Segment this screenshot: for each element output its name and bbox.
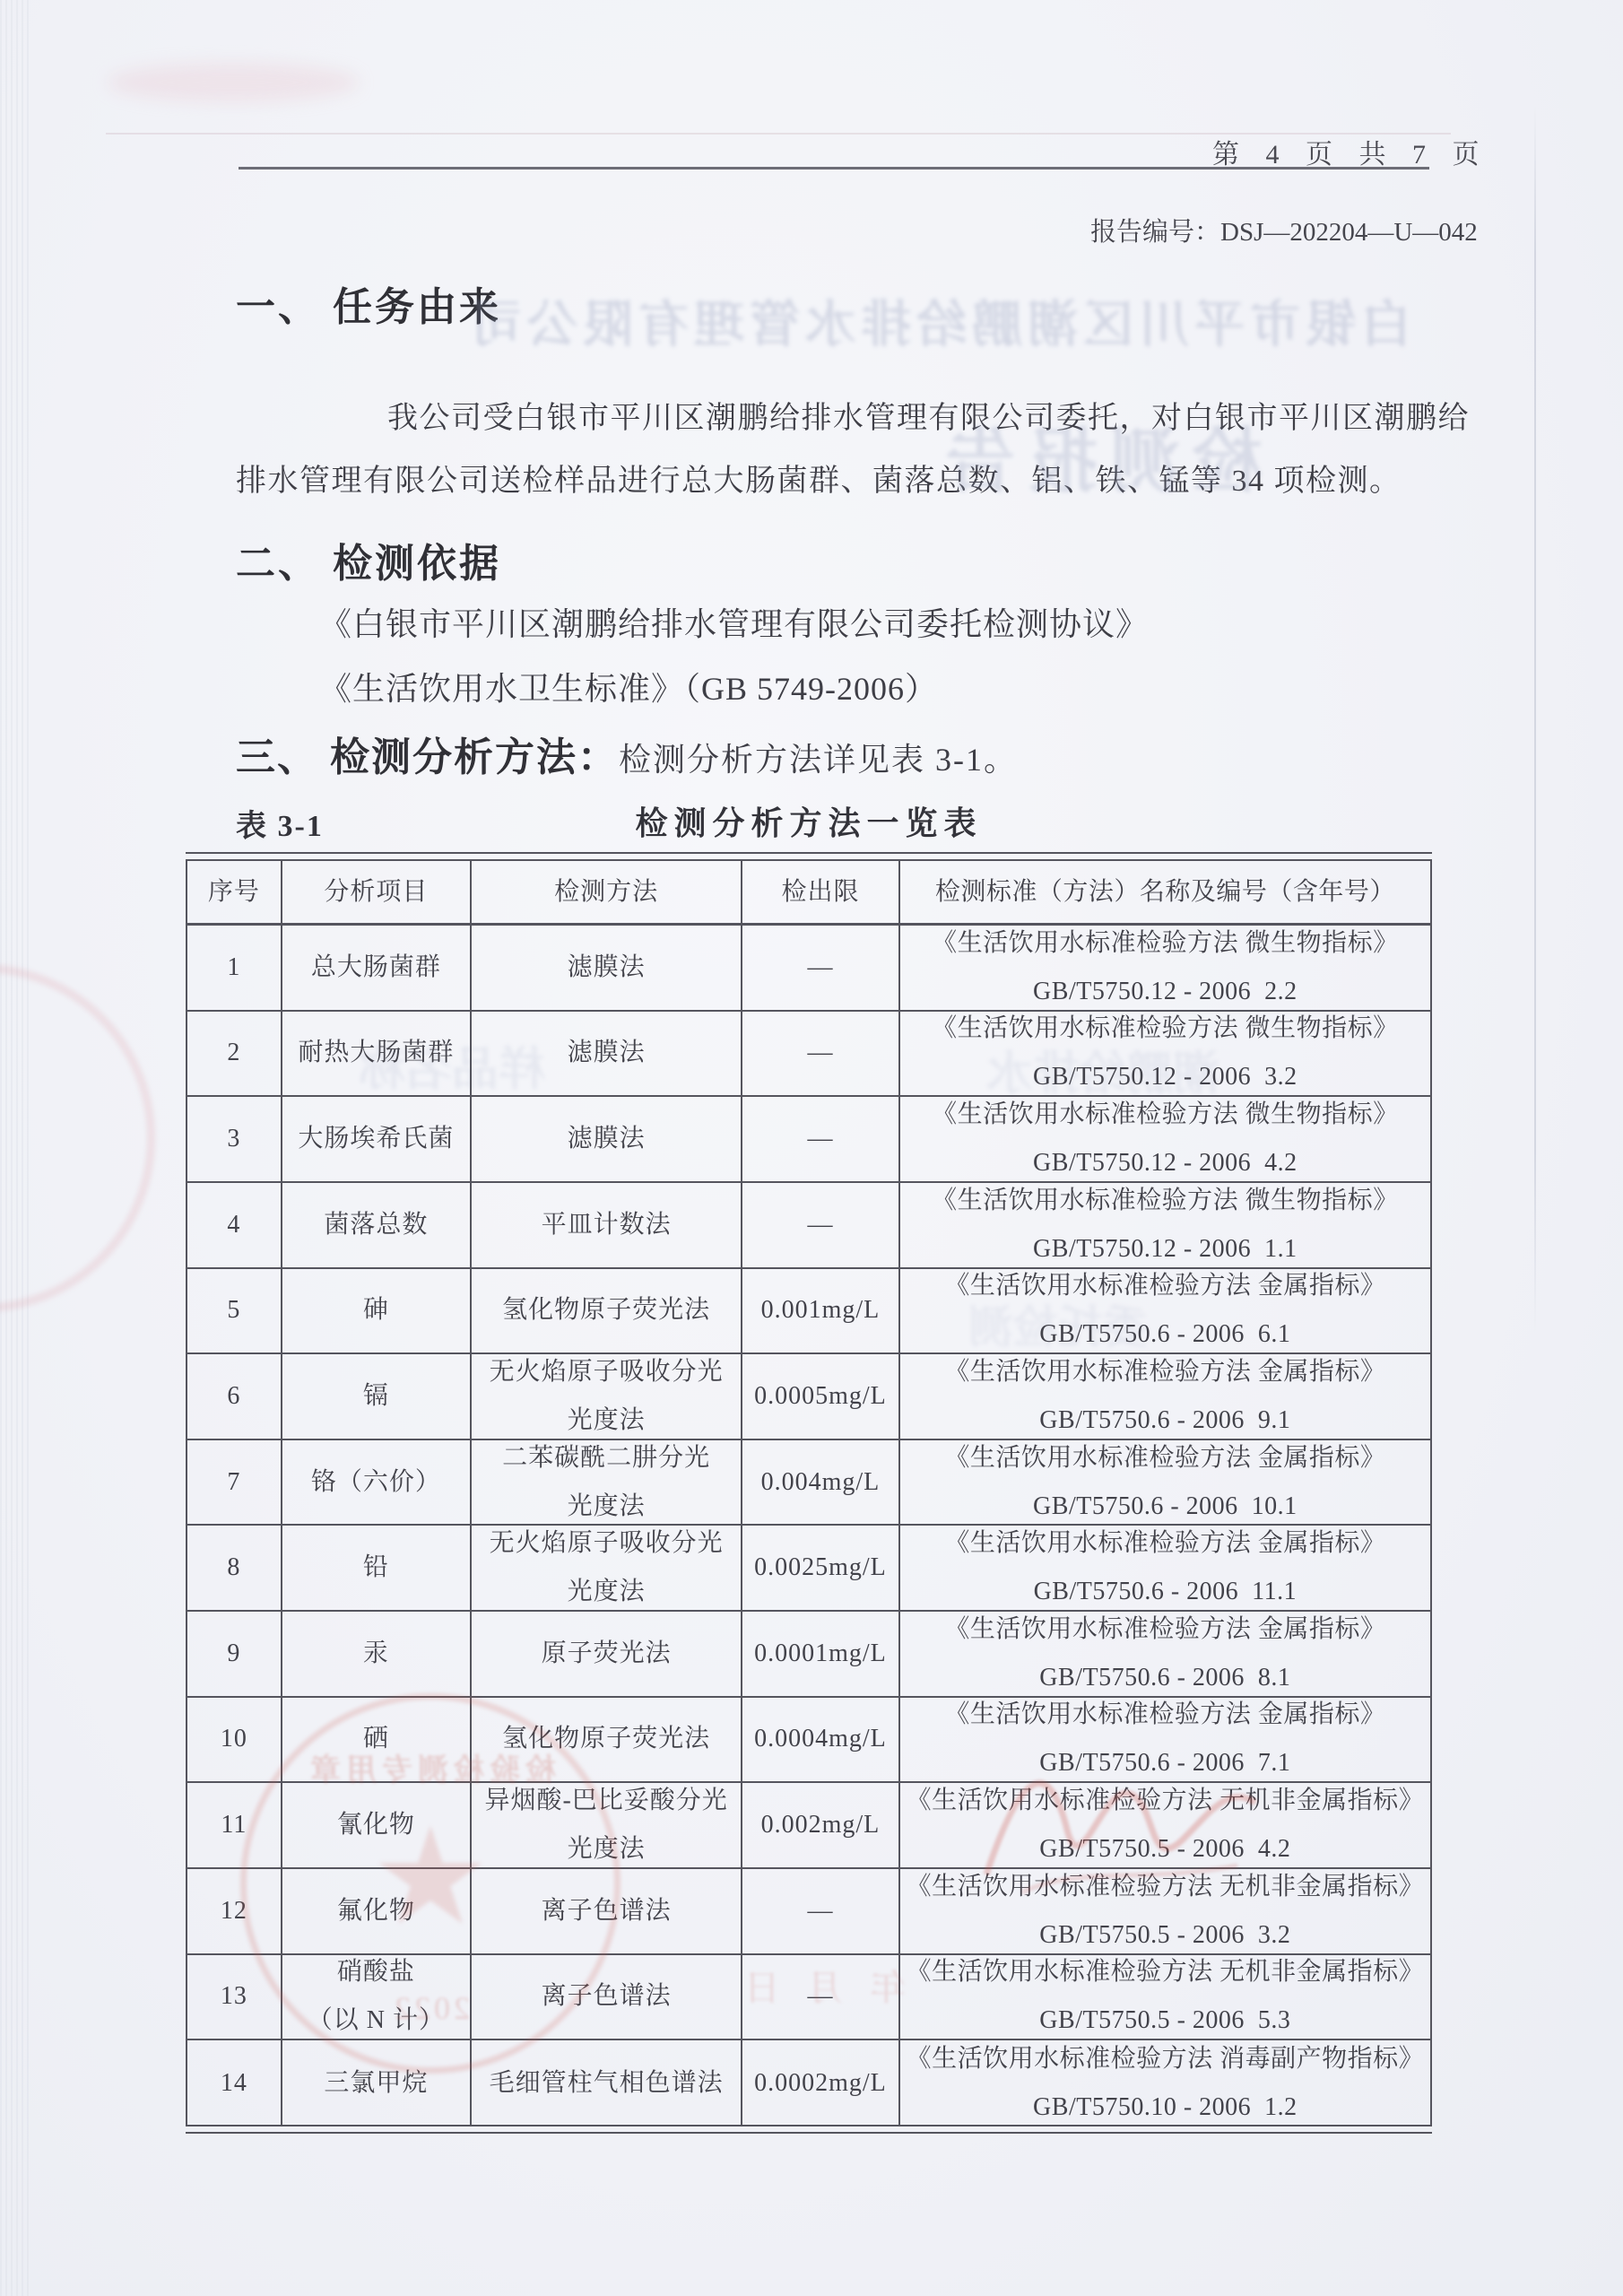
- row-number: 11: [221, 1807, 247, 1843]
- detection-limit: —: [807, 1207, 833, 1243]
- cell-standard: 《生活饮用水标准检验方法 微生物指标》GB/T5750.12 - 2006 1.…: [900, 1183, 1430, 1267]
- detection-limit: 0.0005mg/L: [754, 1378, 887, 1414]
- cell-standard: 《生活饮用水标准检验方法 微生物指标》GB/T5750.12 - 2006 4.…: [900, 1097, 1430, 1181]
- method-name-line2: 光度法: [568, 1831, 646, 1867]
- table-row: 9 汞 原子荧光法 0.0001mg/L 《生活饮用水标准检验方法 金属指标》G…: [187, 1612, 1430, 1698]
- table-row: 1 总大肠菌群 滤膜法 — 《生活饮用水标准检验方法 微生物指标》GB/T575…: [187, 926, 1430, 1012]
- item-name: 镉: [363, 1378, 389, 1414]
- table-row: 14 三氯甲烷 毛细管柱气相色谱法 0.0002mg/L 《生活饮用水标准检验方…: [187, 2040, 1430, 2126]
- standard-name: 《生活饮用水标准检验方法 金属指标》: [944, 1612, 1385, 1648]
- detection-limit: 0.0025mg/L: [754, 1550, 887, 1586]
- header-cell-method: 检测方法: [472, 861, 742, 923]
- bleed-ghost-title: 白银市平川区潮鹏给排水管理有限公司: [466, 285, 1411, 357]
- header-cell-standard: 检测标准（方法）名称及编号（含年号）: [900, 861, 1430, 923]
- cell-standard: 《生活饮用水标准检验方法 金属指标》GB/T5750.6 - 2006 9.1: [900, 1354, 1430, 1439]
- detection-limit: —: [807, 950, 833, 986]
- cell-limit: —: [742, 1097, 900, 1181]
- cell-standard: 《生活饮用水标准检验方法 消毒副产物指标》GB/T5750.10 - 2006 …: [900, 2040, 1430, 2126]
- row-number: 13: [221, 1979, 247, 2014]
- cell-limit: 0.0005mg/L: [742, 1354, 900, 1439]
- method-name: 毛细管柱气相色谱法: [490, 2066, 724, 2101]
- item-name: 铅: [363, 1550, 389, 1586]
- row-number: 8: [227, 1550, 240, 1586]
- standard-code: GB/T5750.5 - 2006 4.2: [1039, 1831, 1290, 1867]
- section-3-heading: 三、 检测分析方法：: [236, 735, 619, 779]
- method-name-line2: 光度法: [568, 1403, 646, 1439]
- row-number: 14: [221, 2066, 247, 2101]
- standard-name: 《生活饮用水标准检验方法 金属指标》: [944, 1354, 1385, 1390]
- standard-code: GB/T5750.10 - 2006 1.2: [1033, 2090, 1298, 2126]
- row-number: 10: [221, 1721, 247, 1757]
- header-cell-no: 序号: [187, 861, 282, 923]
- detection-limit: —: [807, 1893, 833, 1929]
- item-name: 大肠埃希氏菌: [298, 1121, 454, 1157]
- table-header-row: 序号 分析项目 检测方法 检出限 检测标准（方法）名称及编号（含年号）: [187, 861, 1430, 926]
- cell-limit: 0.002mg/L: [742, 1783, 900, 1867]
- method-name: 滤膜法: [568, 950, 646, 986]
- table-row: 6 镉 无火焰原子吸收分光光度法 0.0005mg/L 《生活饮用水标准检验方法…: [187, 1354, 1430, 1440]
- section-3-text: 检测分析方法详见表 3-1。: [619, 742, 1018, 778]
- report-number: 报告编号：DSJ—202204—U—042: [1090, 212, 1478, 248]
- item-name: 菌落总数: [324, 1207, 428, 1243]
- cell-standard: 《生活饮用水标准检验方法 金属指标》GB/T5750.6 - 2006 11.1: [900, 1526, 1430, 1610]
- item-name: 耐热大肠菌群: [298, 1035, 454, 1071]
- cell-limit: —: [742, 1183, 900, 1267]
- standard-code: GB/T5750.12 - 2006 3.2: [1033, 1059, 1298, 1095]
- cell-limit: 0.0025mg/L: [742, 1526, 900, 1610]
- standard-code: GB/T5750.12 - 2006 4.2: [1033, 1145, 1298, 1181]
- method-name-line2: 光度法: [568, 1574, 646, 1610]
- table-row: 5 砷 氢化物原子荧光法 0.001mg/L 《生活饮用水标准检验方法 金属指标…: [187, 1269, 1430, 1355]
- row-number: 7: [227, 1465, 240, 1500]
- table-row: 11 氰化物 异烟酸-巴比妥酸分光光度法 0.002mg/L 《生活饮用水标准检…: [187, 1783, 1430, 1869]
- detection-limit: 0.004mg/L: [761, 1465, 881, 1500]
- cell-no: 1: [187, 926, 282, 1010]
- standard-name: 《生活饮用水标准检验方法 微生物指标》: [932, 1183, 1399, 1219]
- table-row: 7 铬（六价） 二苯碳酰二肼分光光度法 0.004mg/L 《生活饮用水标准检验…: [187, 1440, 1430, 1526]
- cell-standard: 《生活饮用水标准检验方法 无机非金属指标》GB/T5750.5 - 2006 3…: [900, 1869, 1430, 1953]
- cell-no: 4: [187, 1183, 282, 1267]
- table-row: 8 铅 无火焰原子吸收分光光度法 0.0025mg/L 《生活饮用水标准检验方法…: [187, 1526, 1430, 1612]
- reference-1: 《白银市平川区潮鹏给排水管理有限公司委托检测协议》: [319, 599, 1149, 645]
- cell-limit: 0.0004mg/L: [742, 1698, 900, 1782]
- standard-code: GB/T5750.12 - 2006 2.2: [1033, 974, 1298, 1010]
- cell-item: 硝酸盐（以 N 计）: [282, 1955, 472, 2039]
- cell-method: 离子色谱法: [472, 1955, 742, 2039]
- cell-no: 6: [187, 1354, 282, 1439]
- header-cell-limit: 检出限: [742, 861, 900, 923]
- cell-limit: 0.001mg/L: [742, 1269, 900, 1353]
- cell-method: 异烟酸-巴比妥酸分光光度法: [472, 1783, 742, 1867]
- cell-item: 铅: [282, 1526, 472, 1610]
- header-label: 检测方法: [554, 874, 658, 910]
- cell-no: 10: [187, 1698, 282, 1782]
- cell-item: 菌落总数: [282, 1183, 472, 1267]
- method-name: 异烟酸-巴比妥酸分光: [484, 1783, 727, 1819]
- item-name: 铬（六价）: [311, 1465, 441, 1500]
- cell-method: 氢化物原子荧光法: [472, 1698, 742, 1782]
- method-name-line2: 光度法: [568, 1489, 646, 1525]
- item-name: 硒: [363, 1721, 389, 1757]
- cell-item: 大肠埃希氏菌: [282, 1097, 472, 1181]
- standard-name: 《生活饮用水标准检验方法 无机非金属指标》: [907, 1955, 1425, 1991]
- item-name: 总大肠菌群: [311, 950, 441, 986]
- standard-name: 《生活饮用水标准检验方法 金属指标》: [944, 1440, 1385, 1476]
- cell-item: 耐热大肠菌群: [282, 1012, 472, 1096]
- row-number: 3: [227, 1121, 240, 1157]
- row-number: 6: [227, 1378, 240, 1414]
- standard-name: 《生活饮用水标准检验方法 无机非金属指标》: [907, 1869, 1425, 1905]
- standard-code: GB/T5750.6 - 2006 9.1: [1039, 1403, 1290, 1439]
- bleed-ghost-subtitle: 检测报告: [933, 405, 1263, 506]
- cell-no: 14: [187, 2040, 282, 2126]
- pink-smudge: [108, 63, 359, 102]
- method-name: 滤膜法: [568, 1121, 646, 1157]
- cell-no: 7: [187, 1440, 282, 1525]
- methods-table: 序号 分析项目 检测方法 检出限 检测标准（方法）名称及编号（含年号） 1 总大…: [186, 859, 1432, 2126]
- cell-method: 滤膜法: [472, 1097, 742, 1181]
- cell-method: 离子色谱法: [472, 1869, 742, 1953]
- section-2-heading: 二、 检测依据: [236, 531, 501, 588]
- row-number: 12: [221, 1893, 247, 1929]
- standard-code: GB/T5750.6 - 2006 8.1: [1039, 1660, 1290, 1696]
- cell-item: 汞: [282, 1612, 472, 1696]
- item-name: 氰化物: [337, 1807, 415, 1843]
- cell-no: 5: [187, 1269, 282, 1353]
- cell-no: 13: [187, 1955, 282, 2039]
- table-title: 检测分析方法一览表: [186, 798, 1432, 844]
- item-name: 砷: [363, 1292, 389, 1328]
- section-1-heading: 一、 任务由来: [236, 274, 501, 332]
- cell-no: 2: [187, 1012, 282, 1096]
- cell-standard: 《生活饮用水标准检验方法 金属指标》GB/T5750.6 - 2006 6.1: [900, 1269, 1430, 1353]
- cell-limit: 0.004mg/L: [742, 1440, 900, 1525]
- standard-name: 《生活饮用水标准检验方法 金属指标》: [944, 1269, 1385, 1305]
- table-double-rule-bottom: [186, 2132, 1432, 2134]
- cell-no: 3: [187, 1097, 282, 1181]
- cell-no: 9: [187, 1612, 282, 1696]
- cell-item: 氟化物: [282, 1869, 472, 1953]
- standard-name: 《生活饮用水标准检验方法 金属指标》: [944, 1698, 1385, 1734]
- header-label: 检出限: [781, 874, 859, 910]
- method-name: 氢化物原子荧光法: [502, 1292, 710, 1328]
- method-name: 无火焰原子吸收分光: [490, 1354, 724, 1390]
- cell-standard: 《生活饮用水标准检验方法 微生物指标》GB/T5750.12 - 2006 3.…: [900, 1012, 1430, 1096]
- cell-item: 硒: [282, 1698, 472, 1782]
- detection-limit: 0.002mg/L: [761, 1807, 881, 1843]
- cell-no: 12: [187, 1869, 282, 1953]
- cell-limit: —: [742, 1869, 900, 1953]
- cell-standard: 《生活饮用水标准检验方法 金属指标》GB/T5750.6 - 2006 8.1: [900, 1612, 1430, 1696]
- cell-item: 氰化物: [282, 1783, 472, 1867]
- item-name-line2: （以 N 计）: [308, 2003, 445, 2039]
- paragraph-line-1: 我公司受白银市平川区潮鹏给排水管理有限公司委托，对白银市平川区潮鹏给: [387, 393, 1470, 437]
- cell-no: 11: [187, 1783, 282, 1867]
- cell-item: 砷: [282, 1269, 472, 1353]
- cell-limit: 0.0002mg/L: [742, 2040, 900, 2126]
- method-name: 平皿计数法: [542, 1207, 672, 1243]
- header-label: 检测标准（方法）名称及编号（含年号）: [935, 874, 1395, 910]
- standard-name: 《生活饮用水标准检验方法 无机非金属指标》: [907, 1783, 1425, 1819]
- cell-standard: 《生活饮用水标准检验方法 无机非金属指标》GB/T5750.5 - 2006 5…: [900, 1955, 1430, 2039]
- row-number: 1: [227, 950, 240, 986]
- method-name: 离子色谱法: [542, 1979, 672, 2014]
- cell-no: 8: [187, 1526, 282, 1610]
- paper-crease-line: [1534, 106, 1536, 1335]
- cell-method: 原子荧光法: [472, 1612, 742, 1696]
- method-name: 原子荧光法: [542, 1636, 672, 1672]
- table-row: 4 菌落总数 平皿计数法 — 《生活饮用水标准检验方法 微生物指标》GB/T57…: [187, 1183, 1430, 1269]
- cell-method: 滤膜法: [472, 1012, 742, 1096]
- method-name: 二苯碳酰二肼分光: [502, 1440, 710, 1476]
- cell-standard: 《生活饮用水标准检验方法 微生物指标》GB/T5750.12 - 2006 2.…: [900, 926, 1430, 1010]
- item-name: 氟化物: [337, 1893, 415, 1929]
- method-name: 离子色谱法: [542, 1893, 672, 1929]
- standard-code: GB/T5750.6 - 2006 6.1: [1039, 1317, 1290, 1352]
- standard-code: GB/T5750.6 - 2006 11.1: [1034, 1574, 1298, 1610]
- item-name: 硝酸盐: [337, 1955, 415, 1991]
- header-label: 分析项目: [324, 874, 428, 910]
- row-number: 5: [227, 1292, 240, 1328]
- item-name: 三氯甲烷: [324, 2066, 428, 2101]
- standard-code: GB/T5750.5 - 2006 5.3: [1039, 2003, 1290, 2039]
- cell-method: 毛细管柱气相色谱法: [472, 2040, 742, 2126]
- cell-standard: 《生活饮用水标准检验方法 金属指标》GB/T5750.6 - 2006 7.1: [900, 1698, 1430, 1782]
- row-number: 9: [227, 1636, 240, 1672]
- table-row: 10 硒 氢化物原子荧光法 0.0004mg/L 《生活饮用水标准检验方法 金属…: [187, 1698, 1430, 1784]
- cell-method: 二苯碳酰二肼分光光度法: [472, 1440, 742, 1525]
- stamp-bleed-edge-arc: [0, 964, 155, 1312]
- table-row: 2 耐热大肠菌群 滤膜法 — 《生活饮用水标准检验方法 微生物指标》GB/T57…: [187, 1012, 1430, 1098]
- standard-code: GB/T5750.6 - 2006 10.1: [1033, 1489, 1298, 1525]
- item-name: 汞: [363, 1636, 389, 1672]
- detection-limit: 0.0004mg/L: [754, 1721, 887, 1757]
- table-double-rule-top: [186, 852, 1432, 854]
- section-3-heading-line: 三、 检测分析方法：检测分析方法详见表 3-1。: [236, 725, 1018, 782]
- cell-item: 镉: [282, 1354, 472, 1439]
- cell-method: 滤膜法: [472, 926, 742, 1010]
- cell-standard: 《生活饮用水标准检验方法 无机非金属指标》GB/T5750.5 - 2006 4…: [900, 1783, 1430, 1867]
- cell-standard: 《生活饮用水标准检验方法 金属指标》GB/T5750.6 - 2006 10.1: [900, 1440, 1430, 1525]
- standard-code: GB/T5750.12 - 2006 1.1: [1033, 1231, 1298, 1267]
- cell-method: 氢化物原子荧光法: [472, 1269, 742, 1353]
- method-name: 氢化物原子荧光法: [502, 1721, 710, 1757]
- standard-name: 《生活饮用水标准检验方法 消毒副产物指标》: [907, 2041, 1425, 2077]
- cell-item: 三氯甲烷: [282, 2040, 472, 2126]
- standard-name: 《生活饮用水标准检验方法 微生物指标》: [932, 1097, 1399, 1133]
- cell-limit: —: [742, 1012, 900, 1096]
- standard-name: 《生活饮用水标准检验方法 微生物指标》: [932, 926, 1399, 961]
- method-name: 滤膜法: [568, 1035, 646, 1071]
- standard-name: 《生活饮用水标准检验方法 微生物指标》: [932, 1012, 1399, 1048]
- row-number: 4: [227, 1207, 240, 1243]
- table-row: 3 大肠埃希氏菌 滤膜法 — 《生活饮用水标准检验方法 微生物指标》GB/T57…: [187, 1097, 1430, 1183]
- standard-name: 《生活饮用水标准检验方法 金属指标》: [944, 1526, 1385, 1561]
- header-cell-item: 分析项目: [282, 861, 472, 923]
- method-name: 无火焰原子吸收分光: [490, 1526, 724, 1561]
- page-number: 第 4 页 共 7 页: [1212, 132, 1489, 171]
- detection-limit: —: [807, 1121, 833, 1157]
- detection-limit: 0.001mg/L: [761, 1292, 881, 1328]
- cell-method: 平皿计数法: [472, 1183, 742, 1267]
- detection-limit: —: [807, 1035, 833, 1071]
- detection-limit: 0.0001mg/L: [754, 1636, 887, 1672]
- standard-code: GB/T5750.5 - 2006 3.2: [1039, 1918, 1290, 1953]
- cell-limit: 0.0001mg/L: [742, 1612, 900, 1696]
- header-label: 序号: [208, 874, 260, 910]
- detection-limit: 0.0002mg/L: [754, 2066, 887, 2101]
- cell-method: 无火焰原子吸收分光光度法: [472, 1354, 742, 1439]
- cell-item: 总大肠菌群: [282, 926, 472, 1010]
- cell-item: 铬（六价）: [282, 1440, 472, 1525]
- standard-code: GB/T5750.6 - 2006 7.1: [1039, 1745, 1290, 1781]
- cell-limit: —: [742, 926, 900, 1010]
- cell-method: 无火焰原子吸收分光光度法: [472, 1526, 742, 1610]
- stamp-date-bleed: 年 月 日: [735, 1960, 906, 2011]
- reference-2: 《生活饮用水卫生标准》（GB 5749-2006）: [319, 664, 938, 709]
- table-row: 12 氟化物 离子色谱法 — 《生活饮用水标准检验方法 无机非金属指标》GB/T…: [187, 1869, 1430, 1955]
- row-number: 2: [227, 1035, 240, 1071]
